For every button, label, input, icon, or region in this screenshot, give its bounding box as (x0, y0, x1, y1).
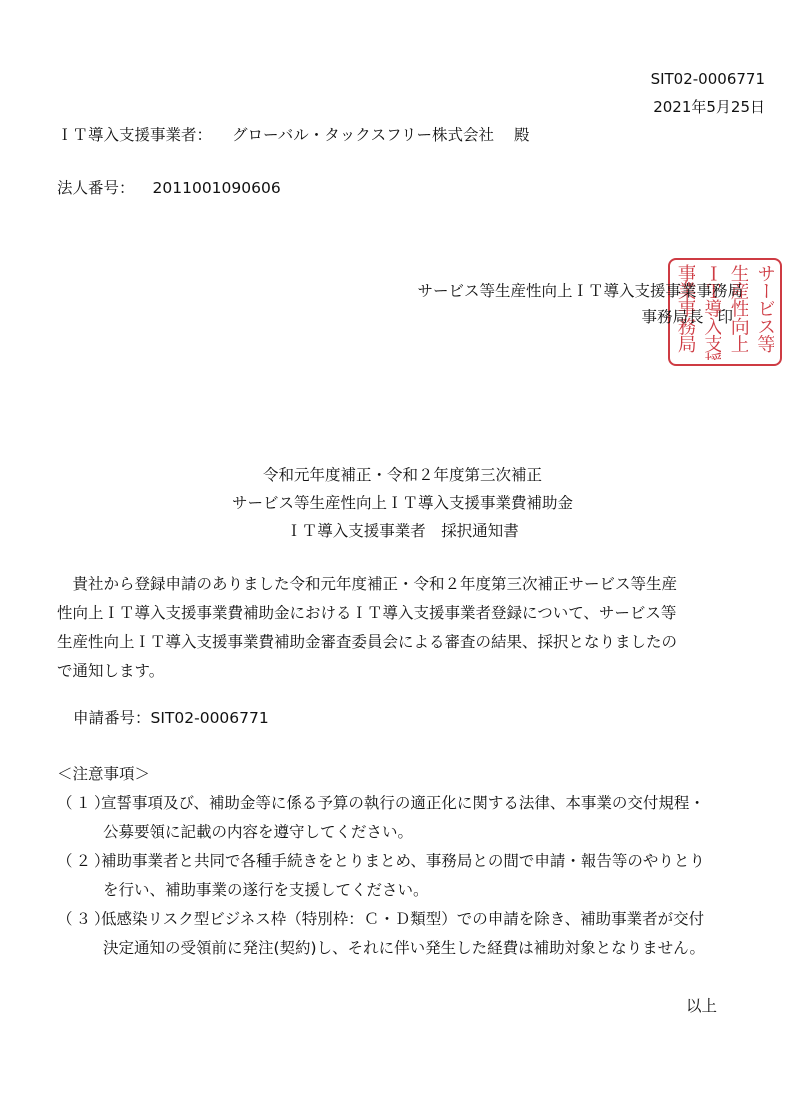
seal-mark: 印 (717, 308, 733, 326)
corporate-number-line: 法人番号：2011001090606 (57, 176, 281, 198)
application-number-value: SIT02-0006771 (151, 709, 269, 727)
note-text-line1: 低感染リスク型ビジネス枠（特別枠：Ｃ・Ｄ類型）での申請を除き、補助事業者が交付 (101, 905, 704, 934)
title-line-1: 令和元年度補正・令和２年度第三次補正 (0, 461, 805, 489)
body-line-4: で通知します。 (57, 657, 747, 686)
notes-heading: ＜注意事項＞ (57, 760, 705, 789)
issuer-organization: サービス等生産性向上ＩＴ導入支援事業事務局 (417, 279, 743, 301)
document-title: 令和元年度補正・令和２年度第三次補正 サービス等生産性向上ＩＴ導入支援事業費補助… (0, 461, 805, 545)
note-item-3: （３） 低感染リスク型ビジネス枠（特別枠：Ｃ・Ｄ類型）での申請を除き、補助事業者… (57, 905, 705, 963)
corporate-number-value: 2011001090606 (153, 179, 281, 197)
issuer-title: 事務局長 (641, 308, 703, 326)
recipient-honorific: 殿 (514, 126, 530, 144)
document-id: SIT02-0006771 (651, 70, 765, 88)
body-line-1: 貴社から登録申請のありました令和元年度補正・令和２年度第三次補正サービス等生産 (57, 570, 747, 599)
note-item-2: （２） 補助事業者と共同で各種手続きをとりまとめ、事務局との間で申請・報告等のや… (57, 847, 705, 905)
title-line-2: サービス等生産性向上ＩＴ導入支援事業費補助金 (0, 489, 805, 517)
note-item-1: （１） 宣誓事項及び、補助金等に係る予算の執行の適正化に関する法律、本事業の交付… (57, 789, 705, 847)
closing-remark: 以上 (686, 994, 717, 1016)
title-line-3: ＩＴ導入支援事業者 採択通知書 (0, 517, 805, 545)
notification-body: 貴社から登録申請のありました令和元年度補正・令和２年度第三次補正サービス等生産 … (57, 570, 747, 686)
note-number: （３） (57, 905, 101, 934)
note-text-line1: 補助事業者と共同で各種手続きをとりまとめ、事務局との間で申請・報告等のやりとり (101, 847, 705, 876)
issuer-title-line: 事務局長印 (641, 305, 733, 327)
issue-date: 2021年5月25日 (653, 96, 765, 117)
recipient-label: ＩＴ導入支援事業者： (57, 126, 212, 144)
recipient-name: グローバル・タックスフリー株式会社 (232, 126, 494, 144)
application-number-label: 申請番号： (73, 709, 151, 727)
notes-section: ＜注意事項＞ （１） 宣誓事項及び、補助金等に係る予算の執行の適正化に関する法律… (57, 760, 705, 963)
body-line-2: 性向上ＩＴ導入支援事業費補助金におけるＩＴ導入支援事業者登録について、サービス等 (57, 599, 747, 628)
corporate-number-label: 法人番号： (57, 179, 135, 197)
note-text-line2: 決定通知の受領前に発注(契約)し、それに伴い発生した経費は補助対象となりません。 (57, 934, 705, 963)
note-text-line2: 公募要領に記載の内容を遵守してください。 (57, 818, 705, 847)
note-text-line1: 宣誓事項及び、補助金等に係る予算の執行の適正化に関する法律、本事業の交付規程・ (101, 789, 705, 818)
body-line-3: 生産性向上ＩＴ導入支援事業費補助金審査委員会による審査の結果、採択となりましたの (57, 628, 747, 657)
seal-column-1: サービス等 (755, 264, 774, 360)
note-text-line2: を行い、補助事業の遂行を支援してください。 (57, 876, 705, 905)
note-number: （１） (57, 789, 101, 818)
note-number: （２） (57, 847, 101, 876)
recipient-line: ＩＴ導入支援事業者：グローバル・タックスフリー株式会社殿 (57, 123, 529, 145)
application-number-line: 申請番号：SIT02-0006771 (73, 706, 269, 728)
